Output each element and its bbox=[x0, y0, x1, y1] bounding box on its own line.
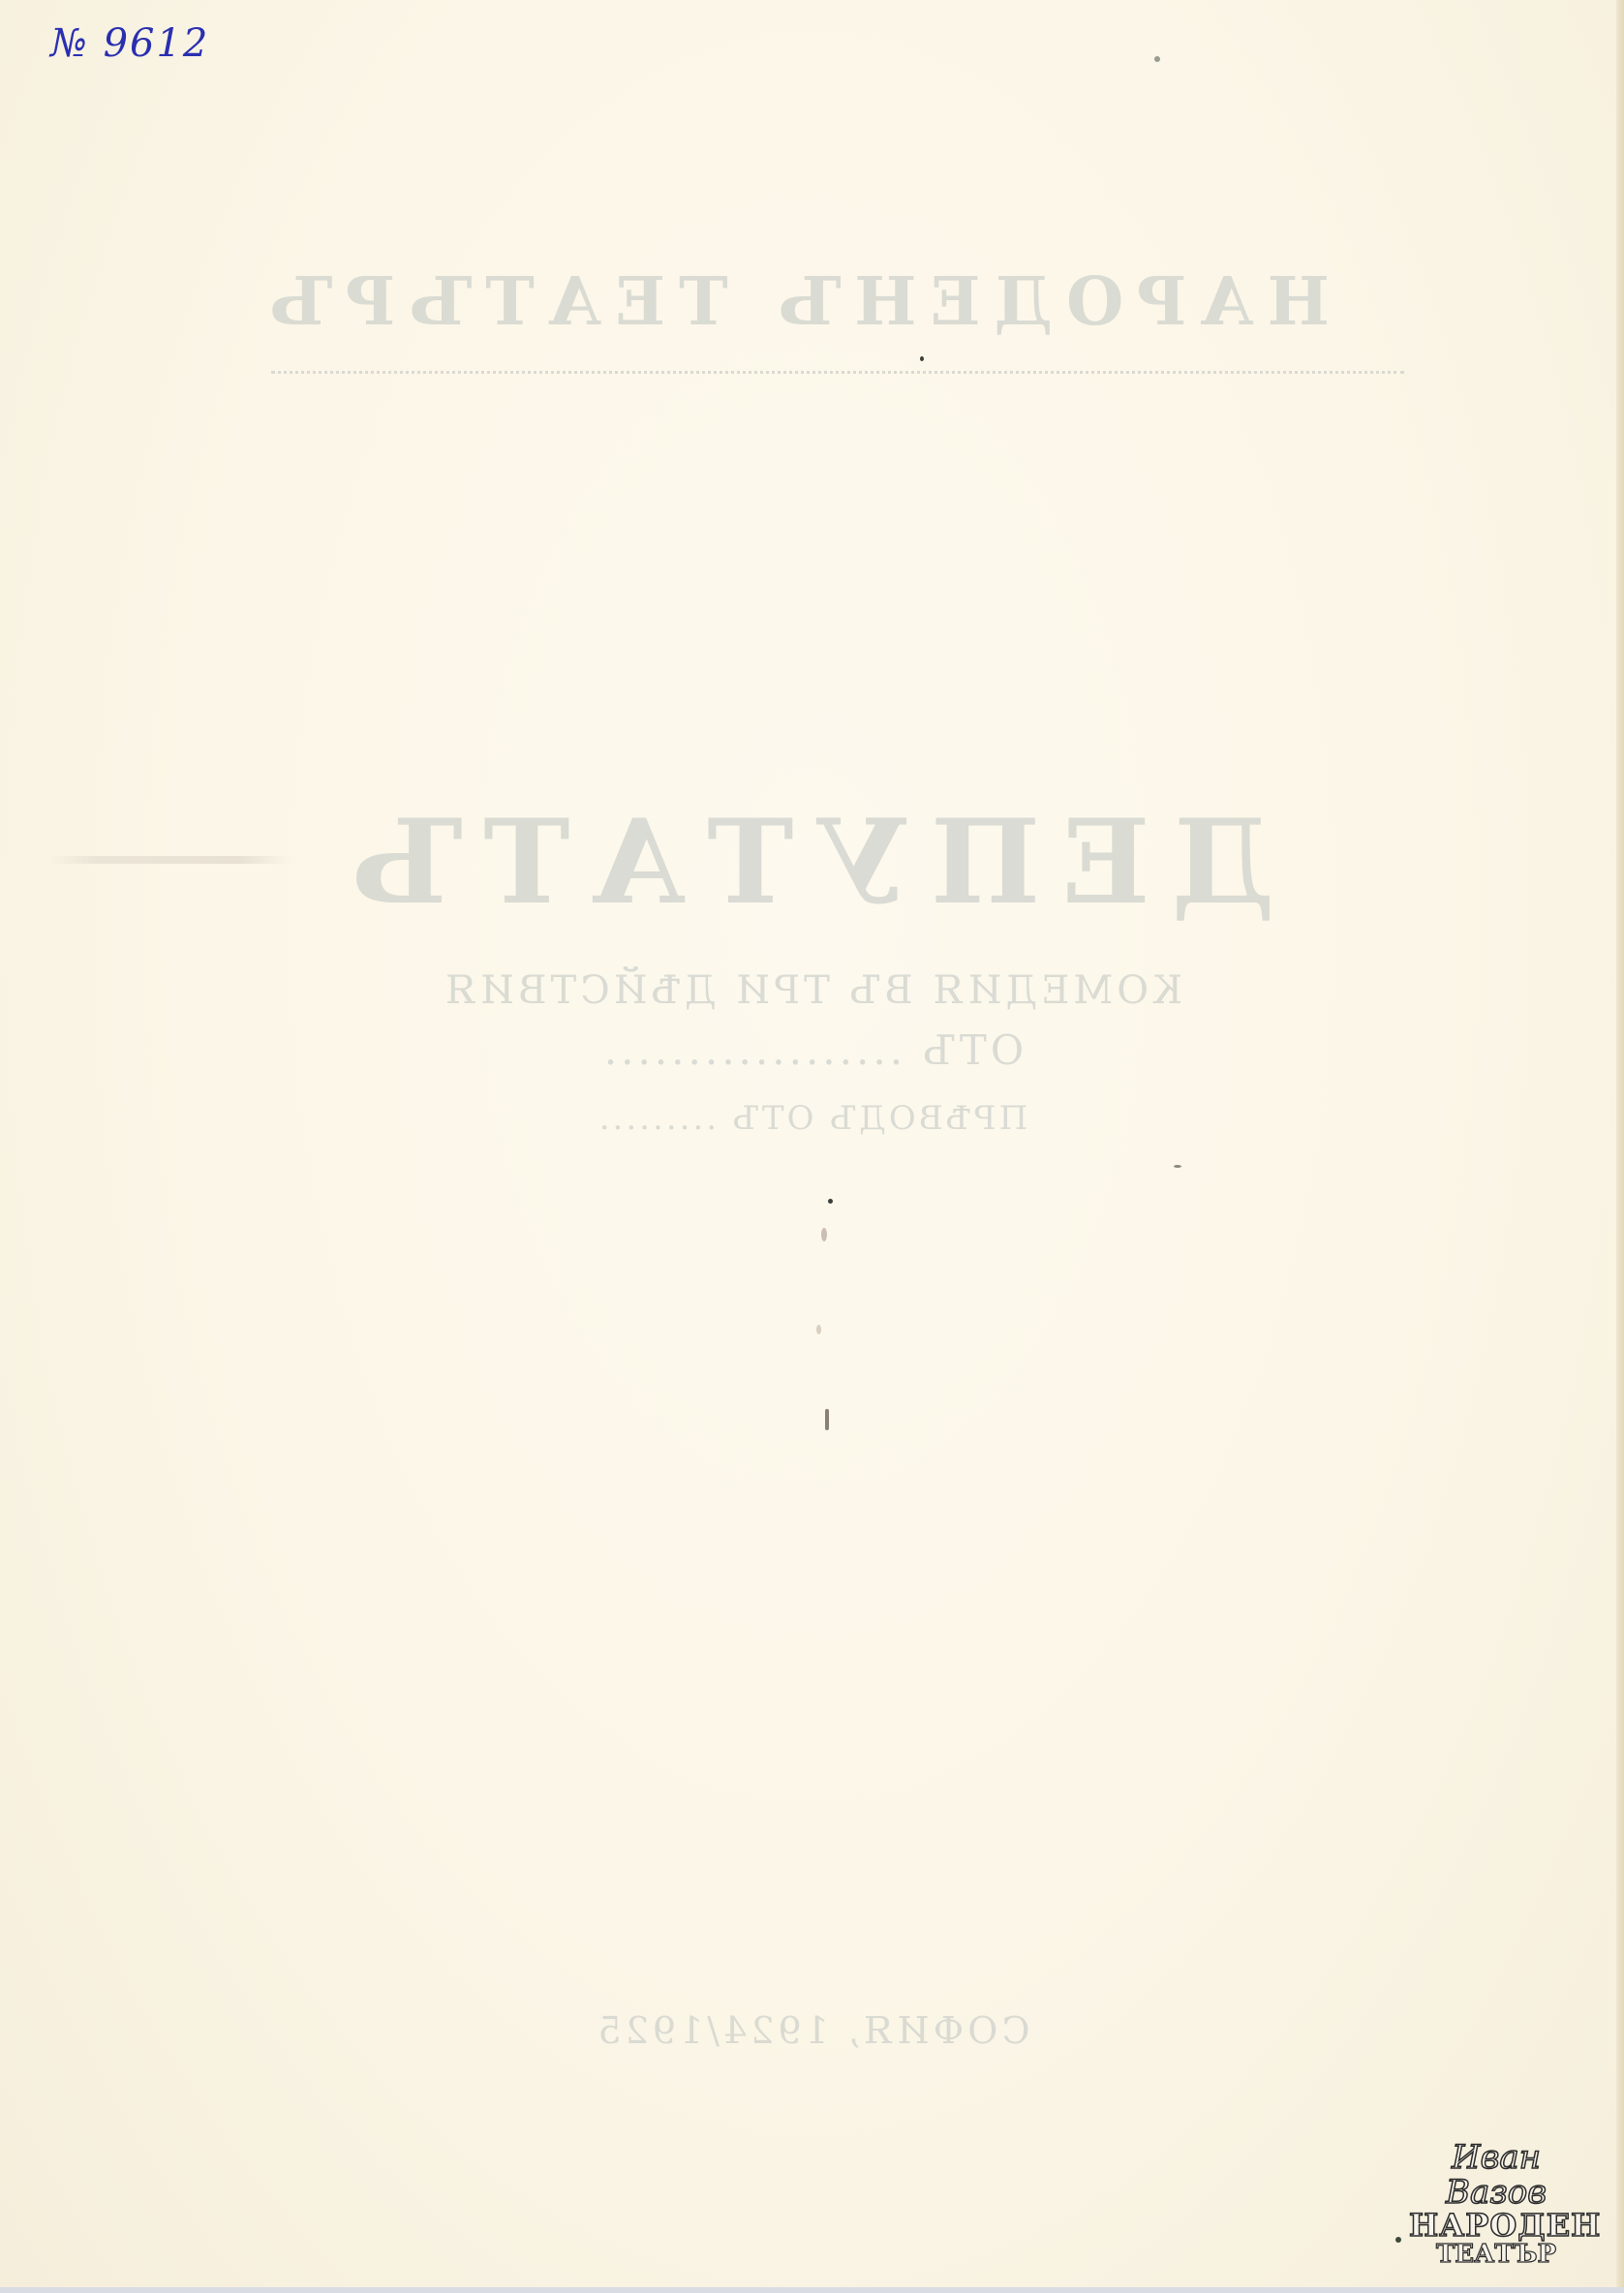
paper-page bbox=[0, 0, 1624, 2293]
page-edge-bottom bbox=[0, 2287, 1624, 2293]
show-through-rule bbox=[271, 371, 1404, 374]
show-through-subtitle-3: ПРѢВОДЪ ОТЪ ......... bbox=[0, 1099, 1624, 1138]
speck bbox=[920, 356, 924, 361]
logo-sub: ТЕАТЪР bbox=[1409, 2241, 1583, 2268]
paper-mark bbox=[48, 856, 291, 864]
logo-script: Иван Вазов bbox=[1409, 2140, 1583, 2210]
page-edge-right bbox=[1616, 0, 1624, 2293]
show-through-subtitle-1: КОМЕДИЯ ВЪ ТРИ ДѢЙСТВИЯ bbox=[0, 968, 1624, 1013]
inventory-number: № 9612 bbox=[50, 21, 209, 66]
show-through-header: НАРОДЕНЪ ТЕАТЪРЪ bbox=[0, 263, 1605, 341]
speck bbox=[825, 1409, 829, 1430]
speck bbox=[821, 1228, 827, 1241]
logo-name: НАРОДЕН bbox=[1409, 2210, 1583, 2241]
speck bbox=[1395, 2237, 1401, 2243]
speck bbox=[1154, 56, 1160, 62]
speck bbox=[816, 1325, 821, 1334]
speck bbox=[828, 1199, 833, 1204]
show-through-footer: СОФИЯ, 1924/1925 bbox=[0, 2009, 1624, 2052]
speck bbox=[1174, 1165, 1181, 1168]
theatre-logo-watermark: Иван Вазов НАРОДЕН ТЕАТЪР bbox=[1409, 2140, 1583, 2268]
show-through-subtitle-2: ОТЪ .................. bbox=[0, 1026, 1624, 1074]
